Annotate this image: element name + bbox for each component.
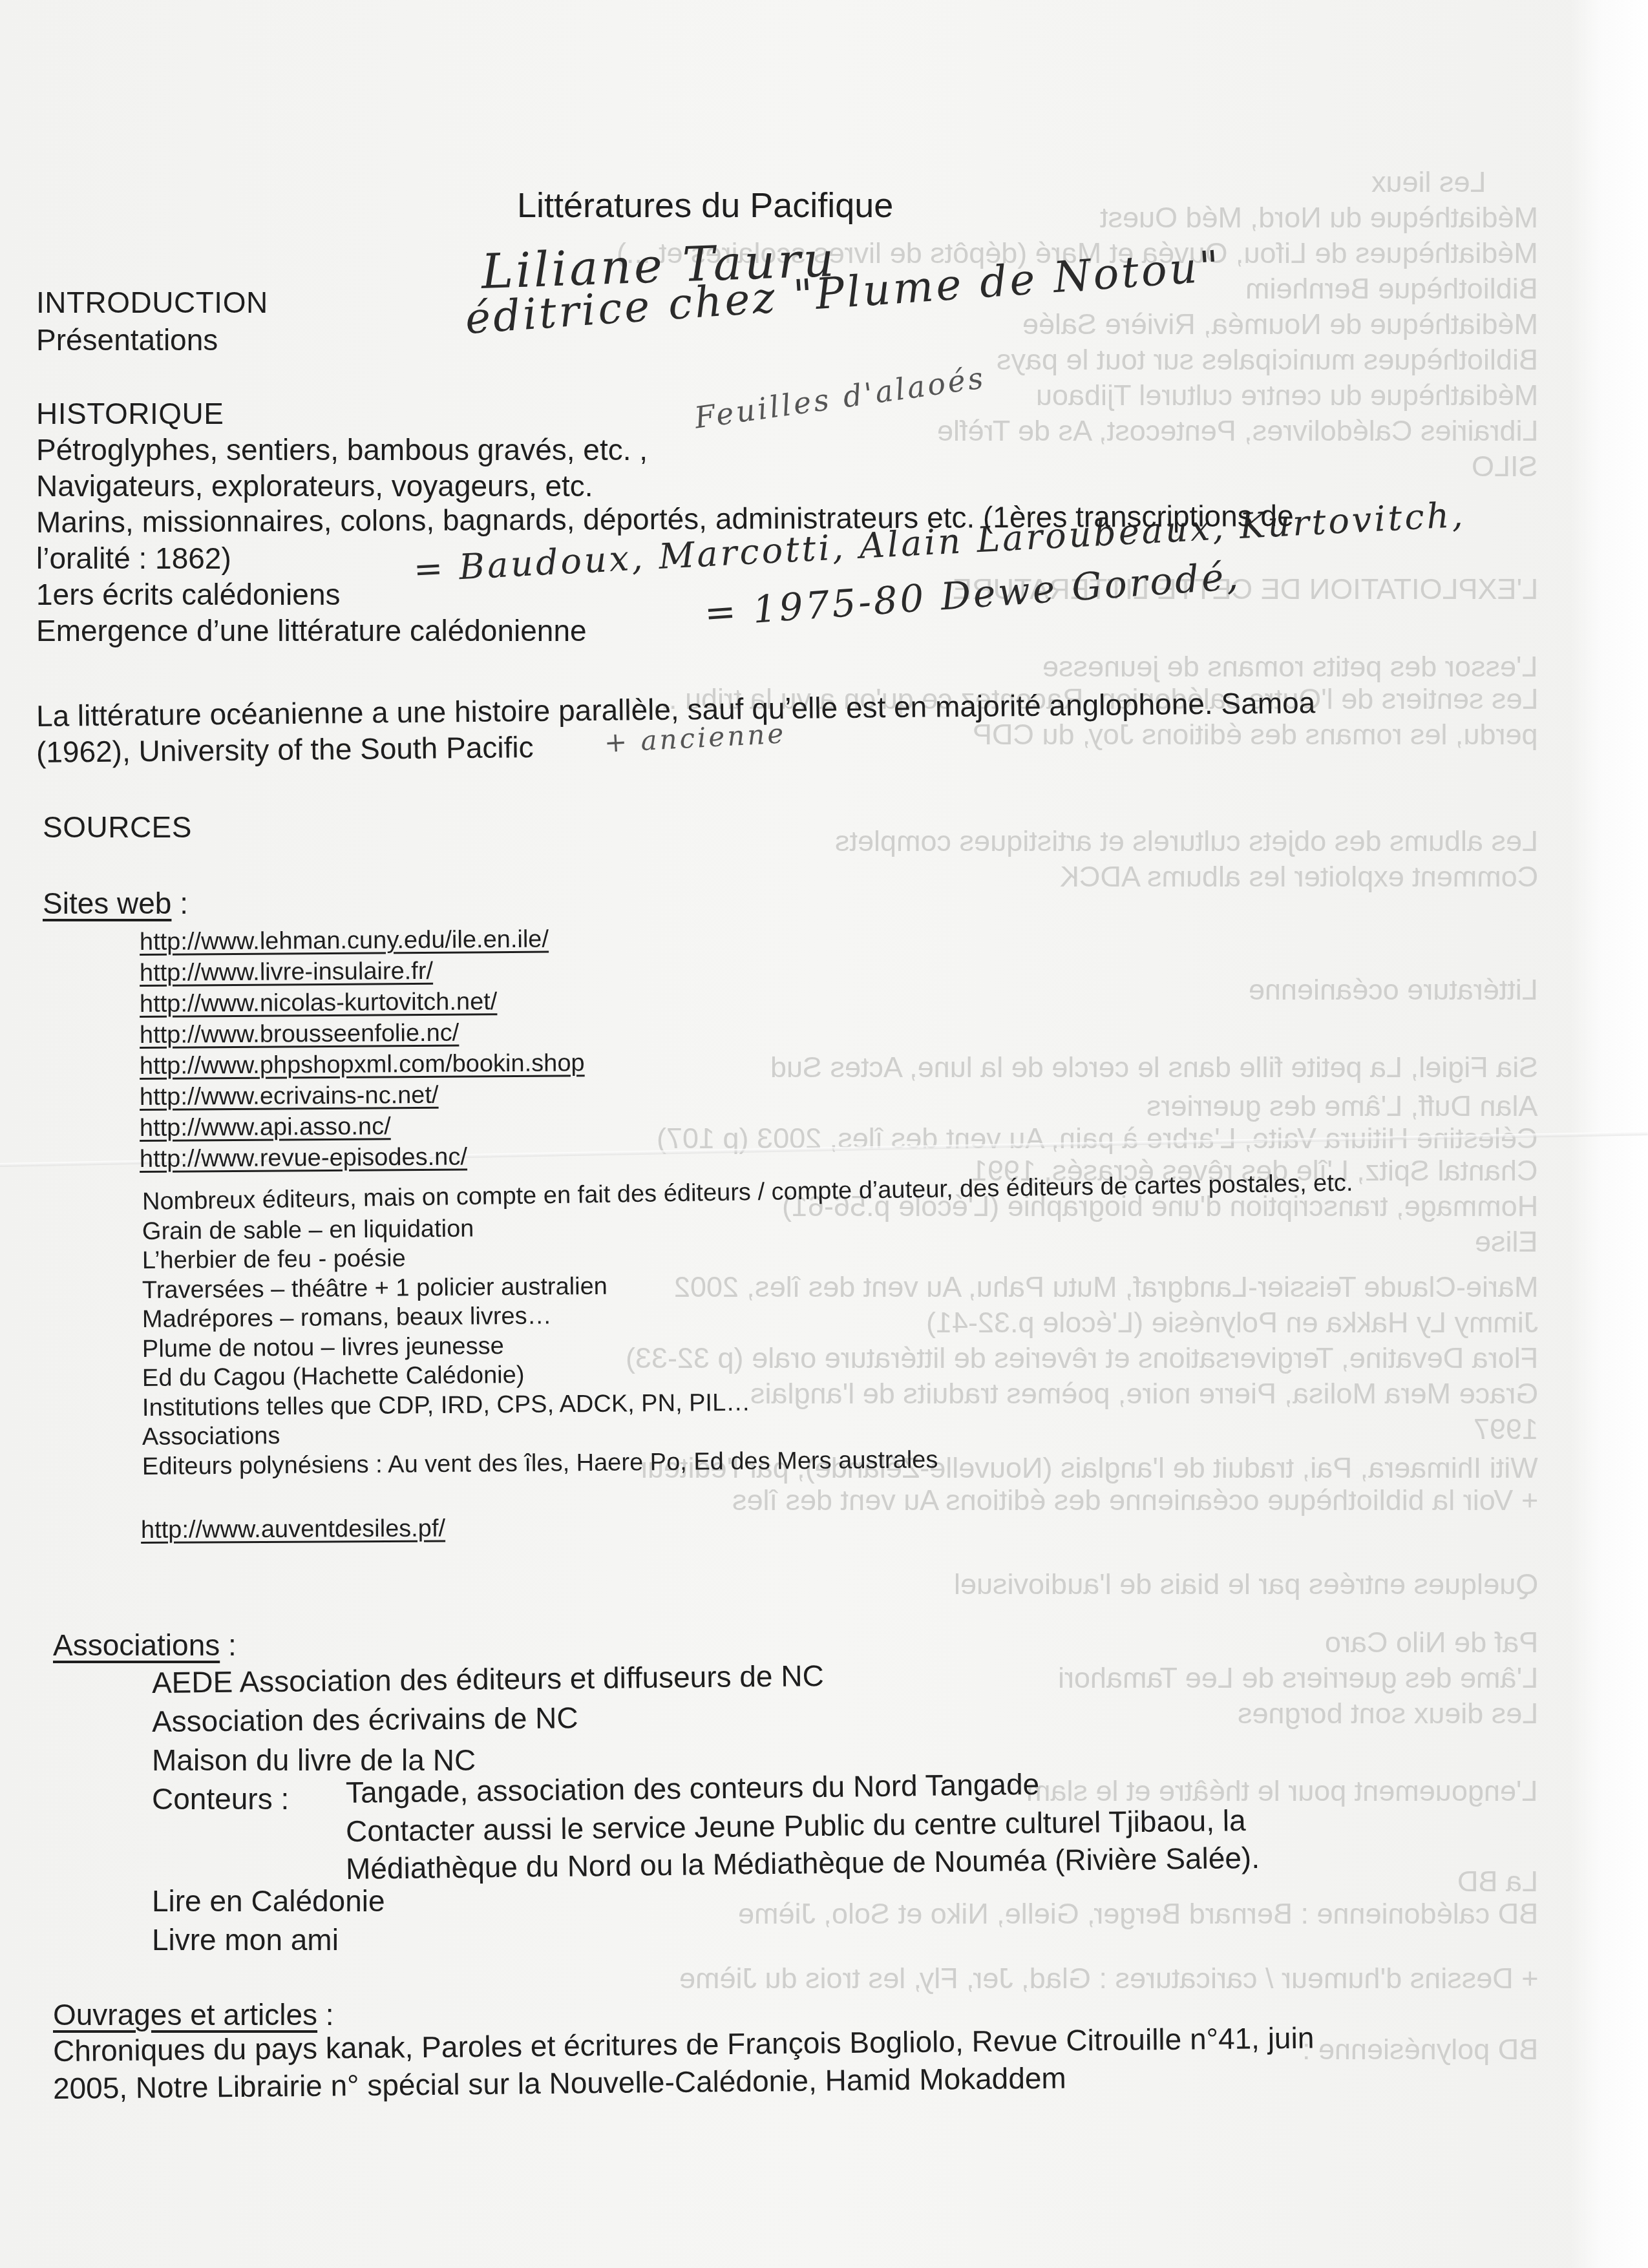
association-item: AEDE Association des éditeurs et diffuse…	[152, 1657, 824, 1701]
site-link[interactable]: http://www.revue-episodes.nc/	[140, 1139, 467, 1177]
association-item: Lire en Calédonie	[152, 1883, 385, 1919]
historique-line: 1ers écrits calédoniens	[36, 576, 340, 613]
show-through-line: Grace Mera Molisa, Pierre noire, poèmes …	[750, 1373, 1538, 1414]
show-through-line: Elise	[1475, 1221, 1538, 1263]
introduction-line: Présentations	[36, 322, 218, 358]
sites-web-label: Sites web	[43, 887, 171, 920]
show-through-line: 1997	[1474, 1409, 1538, 1450]
conteurs-label: Conteurs :	[152, 1781, 289, 1817]
sites-web-colon: :	[171, 887, 188, 920]
associations-heading: Associations :	[53, 1627, 237, 1663]
historique-line: l’oralité : 1862)	[36, 540, 231, 576]
show-through-line: Littérature océanienne	[1249, 969, 1538, 1011]
sources-heading: SOURCES	[43, 809, 192, 845]
show-through-line: BD calédonienne : Bernard Berger, Gielle…	[738, 1893, 1538, 1935]
historique-line: Pétroglyphes, sentiers, bambous gravés, …	[36, 432, 648, 468]
ouvrages-label: Ouvrages et articles	[53, 1998, 317, 2032]
show-through-line: Les dieux sont borgnes	[1238, 1693, 1538, 1734]
show-through-line: BD polynésienne :	[1302, 2029, 1538, 2070]
association-item: Livre mon ami	[152, 1922, 339, 1958]
introduction-heading: INTRODUCTION	[36, 284, 268, 320]
sites-web-heading: Sites web :	[43, 885, 188, 921]
show-through-line: Librairies Calédolivres, Pentecost, As d…	[937, 410, 1538, 452]
historique-line: Navigateurs, explorateurs, voyageurs, et…	[36, 468, 593, 504]
ouvrages-heading: Ouvrages et articles :	[53, 1997, 334, 2033]
editeurs-url-link[interactable]: http://www.auventdesiles.pf/	[141, 1511, 445, 1548]
show-through-line: Comment exploiter les albums ADCK	[1060, 856, 1538, 898]
associations-colon: :	[220, 1628, 237, 1662]
association-item: Association des écrivains de NC	[152, 1699, 578, 1739]
historique-line: Emergence d’une littérature calédonienne	[36, 613, 587, 649]
show-through-line: + Voir la bibliothèque océanienne des éd…	[732, 1480, 1538, 1521]
historique-heading: HISTORIQUE	[36, 395, 224, 432]
show-through-line: Sia Figiel, La petite fille dans le cerc…	[770, 1047, 1538, 1088]
show-through-line: SILO	[1472, 446, 1538, 487]
editeur-item: Editeurs polynésiens : Au vent des îles,…	[142, 1442, 938, 1485]
historique-paragraph-line: (1962), University of the South Pacific	[36, 729, 534, 770]
page-title: Littératures du Pacifique	[517, 187, 893, 224]
ouvrages-colon: :	[317, 1998, 334, 2032]
associations-label: Associations	[53, 1628, 220, 1662]
show-through-line: Quelques entrées par le biais de l'audio…	[954, 1564, 1538, 1605]
show-through-line: + Dessins d'humeur / caricatures : Glad,…	[679, 1958, 1539, 1999]
historique-line: Marins, missionnaires, colons, bagnards,…	[36, 498, 1294, 540]
